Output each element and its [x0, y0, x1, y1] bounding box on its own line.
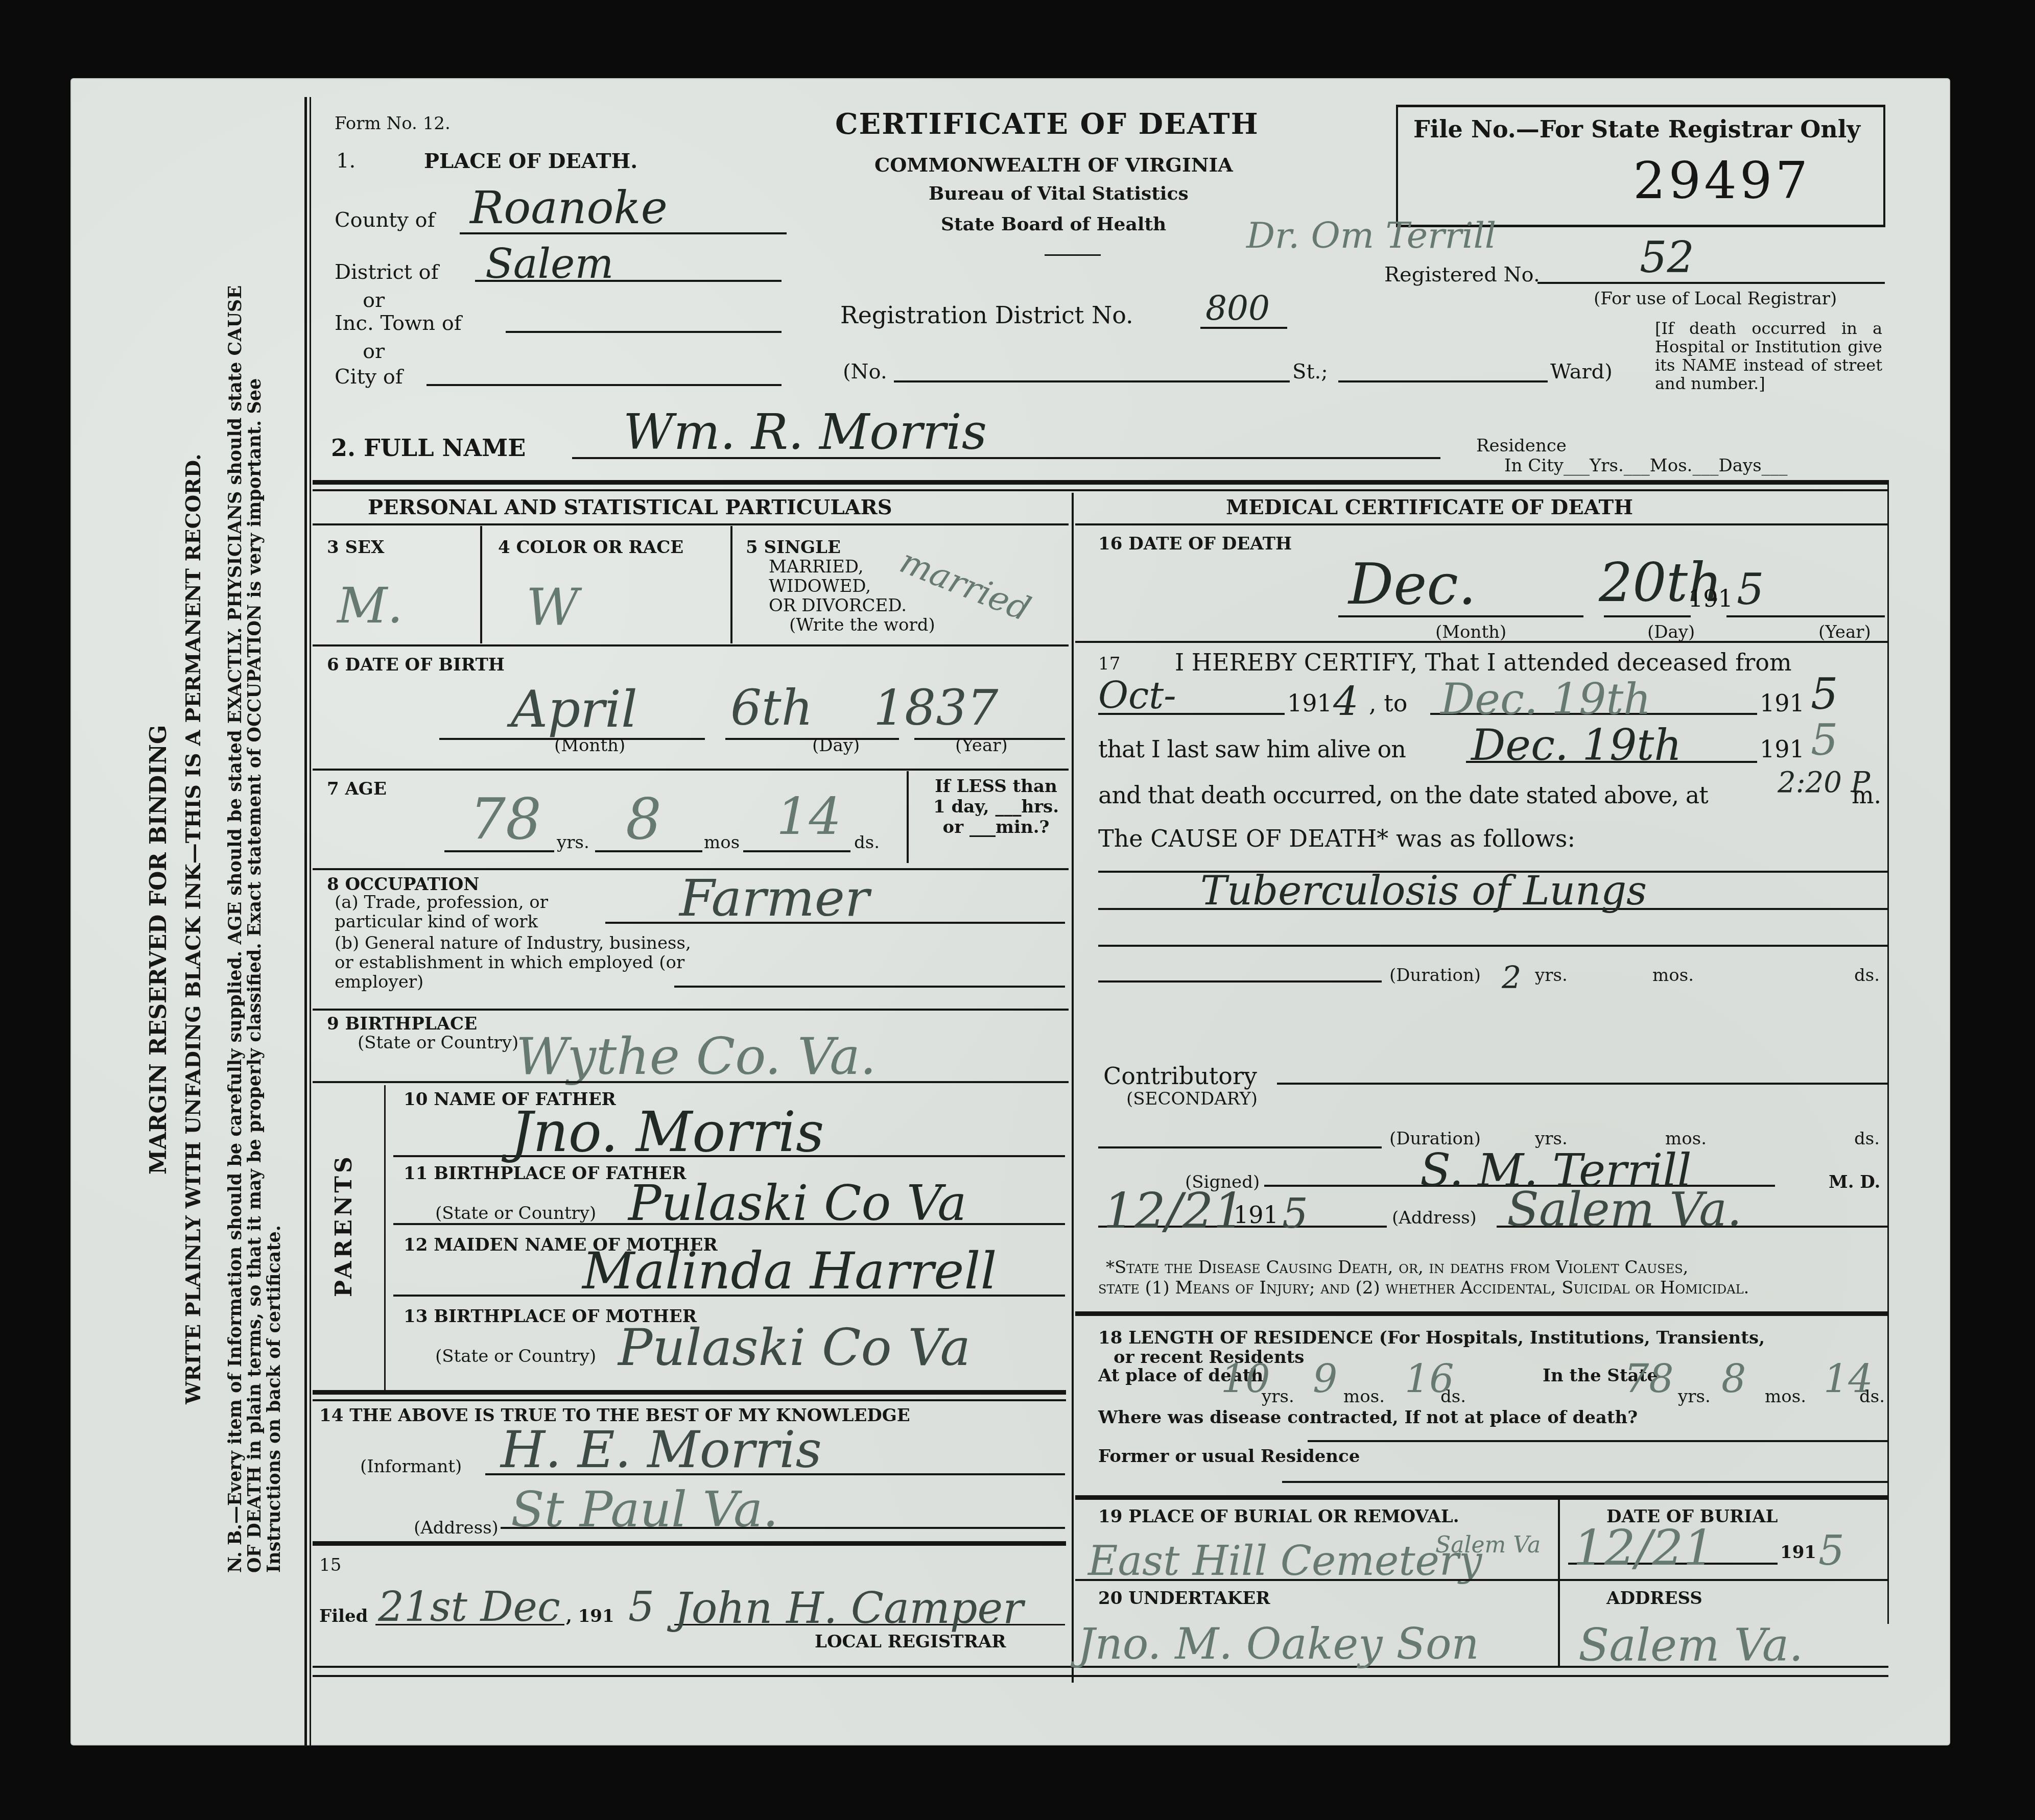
md-label: M. D. [1829, 1172, 1880, 1192]
burial-row-rule [1075, 1579, 1887, 1581]
former-residence-line[interactable] [1282, 1481, 1887, 1483]
section-15-number: 15 [319, 1555, 341, 1575]
certify-number: 17 [1098, 654, 1120, 674]
secondary-duration-ds: ds. [1854, 1129, 1880, 1149]
marital-label-2: MARRIED, [769, 557, 864, 577]
full-name-label: 2. FULL NAME [331, 434, 526, 462]
race-label: 4 COLOR OR RACE [498, 537, 683, 558]
street-no-label: (No. [843, 360, 887, 384]
local-registrar-label: LOCAL REGISTRAR [815, 1632, 1006, 1652]
last-saw-year-prefix: 191 [1760, 735, 1805, 763]
parents-divider [384, 1085, 386, 1392]
duration-years[interactable]: 2 [1502, 960, 1521, 996]
form-number: Form No. 12. [335, 113, 451, 134]
physician-address[interactable]: Salem Va. [1507, 1182, 1742, 1237]
county-label: County of [335, 208, 435, 232]
burial-place-label: 19 PLACE OF BURIAL OR REMOVAL. [1098, 1506, 1459, 1527]
in-state-yrs: yrs. [1678, 1386, 1711, 1407]
informant-address-label: (Address) [414, 1518, 499, 1538]
registered-no-label: Registered No. [1384, 263, 1540, 286]
secondary-label: (SECONDARY) [1126, 1089, 1258, 1109]
duration-ds: ds. [1854, 965, 1880, 986]
in-state-months[interactable]: 8 [1721, 1356, 1746, 1401]
dod-year-prefix: 191 [1688, 585, 1733, 612]
age-ds-suffix: ds. [854, 832, 880, 853]
undertaker-value[interactable]: Jno. M. Oakey Son [1078, 1619, 1479, 1669]
dod-label: 16 DATE OF DEATH [1098, 534, 1292, 554]
duration-prefix-line [1098, 980, 1382, 983]
medical-rule-1 [1075, 641, 1887, 643]
attended-from-year-prefix: 191 [1287, 689, 1332, 717]
registration-district-label: Registration District No. [840, 301, 1133, 329]
registrar-note: Dr. Om Terrill [1246, 214, 1496, 256]
race-marital-divider [730, 526, 732, 643]
column-divider [1072, 493, 1074, 1683]
county-value[interactable]: Roanoke [470, 181, 668, 234]
mother-birthplace-value[interactable]: Pulaski Co Va [618, 1318, 971, 1377]
district-label: District of [335, 260, 438, 284]
at-place-yrs: yrs. [1262, 1386, 1294, 1407]
in-state-mos: mos. [1765, 1386, 1806, 1407]
death-time-suffix: m. [1852, 781, 1881, 809]
undertaker-label: 20 UNDERTAKER [1098, 1588, 1270, 1609]
header-divider-top [313, 480, 1888, 485]
filed-year-suffix[interactable]: 5 [628, 1583, 654, 1631]
burial-column-divider [1558, 1499, 1560, 1667]
header-divider-bottom [313, 489, 1888, 491]
row-rule-1 [313, 644, 1069, 646]
in-state-ds: ds. [1859, 1386, 1885, 1407]
age-yrs-suffix: yrs. [557, 832, 589, 853]
signed-year-suffix[interactable]: 5 [1282, 1190, 1308, 1237]
burial-place-value[interactable]: East Hill Cemetery [1088, 1537, 1482, 1585]
age-days-line [743, 850, 850, 852]
burial-divider [1075, 1495, 1887, 1500]
dod-month[interactable]: Dec. [1348, 552, 1476, 617]
footnote-line-1: *State the Disease Causing Death, or, in… [1106, 1257, 1688, 1278]
registration-district-value[interactable]: 800 [1205, 289, 1270, 328]
contributory-line[interactable] [1277, 1083, 1887, 1085]
dod-year-line [1726, 615, 1885, 617]
duration-mos: mos. [1652, 965, 1694, 986]
informant-label: (Informant) [360, 1456, 462, 1477]
city-line[interactable] [427, 384, 782, 386]
contracted-label: Where was disease contracted, If not at … [1098, 1408, 1466, 1427]
signed-year-prefix: 191 [1234, 1201, 1279, 1229]
residence-label: 18 LENGTH OF RESIDENCE (For Hospitals, I… [1098, 1328, 1765, 1348]
age-years[interactable]: 78 [470, 786, 541, 852]
marital-label-4: OR DIVORCED. [769, 595, 907, 616]
last-saw-year[interactable]: 5 [1811, 715, 1838, 765]
filed-label: Filed [319, 1606, 368, 1626]
filed-day[interactable]: 21st Dec [378, 1583, 560, 1631]
age-label: 7 AGE [327, 779, 387, 799]
mother-name-label: 12 MAIDEN NAME OF MOTHER [404, 1236, 552, 1254]
at-place-mos: mos. [1343, 1386, 1385, 1407]
city-label: City of [335, 365, 403, 389]
personal-heading-rule [313, 523, 1069, 525]
or-2: or [363, 340, 385, 363]
full-name-value[interactable]: Wm. R. Morris [623, 403, 987, 461]
form-left-border-inner [310, 97, 311, 1746]
occupation-b-label: (b) General nature of Industry, business… [335, 933, 713, 992]
margin-nb-line-3: Instructions on back of certificate. [264, 1225, 285, 1573]
margin-nb-line-2: OF DEATH in plain terms, so that it may … [244, 378, 265, 1573]
residence-label: Residence [1476, 436, 1567, 456]
parents-divider-rule-top [313, 1390, 1066, 1395]
row-rule-2 [313, 769, 1069, 771]
occupation-a-label: (a) Trade, profession, or particular kin… [335, 893, 610, 931]
bottom-rule-2 [313, 1675, 1888, 1677]
marital-label-3: WIDOWED, [769, 576, 871, 596]
informant-address[interactable]: St Paul Va. [511, 1481, 778, 1538]
dob-year-caption: (Year) [955, 735, 1008, 756]
mother-name-value[interactable]: Malinda Harrell [582, 1241, 997, 1301]
dob-month-caption: (Month) [554, 735, 625, 756]
cause-label: The CAUSE OF DEATH* was as follows: [1098, 825, 1575, 852]
mother-birthplace-hint: (State or Country) [435, 1346, 596, 1367]
birthplace-hint: (State or Country) [358, 1033, 518, 1053]
father-birthplace-value[interactable]: Pulaski Co Va [628, 1175, 967, 1232]
margin-nb-line-1: N. B.—Every item of Information should b… [225, 285, 246, 1573]
informant-value[interactable]: H. E. Morris [501, 1420, 822, 1479]
occupation-label: 8 OCCUPATION [327, 874, 479, 895]
birthplace-value[interactable]: Wythe Co. Va. [516, 1026, 877, 1086]
district-value[interactable]: Salem [485, 240, 613, 288]
street-st-line[interactable] [1338, 380, 1548, 382]
last-saw-value[interactable]: Dec. 19th [1471, 720, 1682, 770]
dob-label: 6 DATE OF BIRTH [327, 655, 505, 675]
local-registrar-note: (For use of Local Registrar) [1594, 289, 1837, 309]
town-line[interactable] [506, 331, 782, 333]
age-mos-suffix: mos [704, 832, 740, 853]
section-1-number: 1. [336, 149, 356, 173]
form-right-border [1887, 480, 1889, 1624]
at-place-label: At place of death [1098, 1367, 1185, 1385]
burial-year-prefix: 191 [1780, 1542, 1816, 1563]
undertaker-address-label: ADDRESS [1606, 1588, 1702, 1609]
local-registrar-signature[interactable]: John H. Camper [674, 1583, 1023, 1633]
footnote-line-2: state (1) Means of Injury; and (2) wheth… [1098, 1278, 1749, 1298]
form-left-border [304, 97, 307, 1746]
sex-label: 3 SEX [327, 537, 384, 558]
at-place-months[interactable]: 9 [1313, 1356, 1337, 1401]
attended-to-year-prefix: 191 [1760, 689, 1805, 717]
father-name-label: 10 NAME OF FATHER [404, 1090, 506, 1109]
age-months[interactable]: 8 [626, 786, 661, 852]
registered-no-line [1537, 282, 1885, 284]
less-than-day-note: If LESS than 1 day, ___hrs. or ___min.? [927, 776, 1065, 837]
in-state-label: In the State [1543, 1367, 1604, 1385]
sex-race-divider [480, 526, 482, 643]
occupation-b-line[interactable] [674, 986, 1065, 988]
residence-divider [1075, 1311, 1887, 1316]
contracted-line[interactable] [1308, 1440, 1887, 1442]
attended-from[interactable]: Oct- [1098, 674, 1176, 717]
dod-year-suffix[interactable]: 5 [1737, 564, 1764, 614]
dob-month[interactable]: April [511, 679, 637, 739]
undertaker-address-value[interactable]: Salem Va. [1578, 1619, 1803, 1671]
attended-to[interactable]: Dec. 19th [1440, 674, 1651, 724]
cause-line-3 [1098, 945, 1887, 947]
race-value[interactable]: W [526, 577, 579, 637]
board-heading: State Board of Health [941, 213, 1166, 235]
registered-no-value[interactable]: 52 [1640, 232, 1694, 282]
physician-address-label: (Address) [1392, 1208, 1477, 1228]
residence-label-2: or recent Residents [1114, 1347, 1305, 1368]
secondary-duration-line [1098, 1146, 1382, 1148]
father-name-value[interactable]: Jno. Morris [511, 1100, 824, 1164]
age-divider [907, 771, 909, 863]
commonwealth-heading: COMMONWEALTH OF VIRGINIA [874, 153, 1233, 176]
marital-hint: (Write the word) [789, 615, 935, 635]
burial-date-value[interactable]: 12/21 [1573, 1519, 1715, 1576]
parents-divider-rule-bottom [313, 1399, 1066, 1401]
informant-divider [313, 1541, 1066, 1546]
row-rule-4 [313, 1009, 1069, 1011]
dob-day-caption: (Day) [812, 735, 860, 756]
dod-day-line [1604, 615, 1691, 617]
place-of-death-label: PLACE OF DEATH. [424, 149, 637, 173]
dob-year[interactable]: 1837 [873, 679, 998, 736]
or-1: or [363, 289, 385, 312]
margin-binding-text: MARGIN RESERVED FOR BINDING [146, 725, 172, 1175]
burial-place-city[interactable]: Salem Va [1435, 1532, 1541, 1558]
in-state-years[interactable]: 78 [1624, 1356, 1674, 1401]
header-rule [1045, 254, 1101, 256]
cause-value[interactable]: Tuberculosis of Lungs [1200, 868, 1647, 914]
at-place-ds: ds. [1440, 1386, 1466, 1407]
birthplace-label: 9 BIRTHPLACE [327, 1014, 477, 1034]
attended-from-year[interactable]: 4 [1333, 679, 1359, 725]
town-label: Inc. Town of [335, 312, 462, 335]
margin-ink-text: WRITE PLAINLY WITH UNFADING BLACK INK—TH… [181, 453, 205, 1404]
death-time-text: and that death occurred, on the date sta… [1098, 781, 1708, 809]
age-days[interactable]: 14 [776, 786, 841, 846]
medical-heading-rule [1075, 523, 1887, 525]
certificate-title: CERTIFICATE OF DEATH [835, 107, 1259, 141]
file-number-box: File No.—For State Registrar Only 29497 [1396, 105, 1885, 227]
street-no-line[interactable] [894, 380, 1290, 382]
signed-date[interactable]: 12/21 [1103, 1182, 1245, 1239]
parents-label: PARENTS [331, 1154, 357, 1297]
mother-birthplace-label: 13 BIRTHPLACE OF MOTHER [404, 1307, 547, 1326]
bureau-heading: Bureau of Vital Statistics [929, 183, 1189, 204]
occupation-value[interactable]: Farmer [679, 868, 869, 928]
contributory-label: Contributory [1103, 1062, 1257, 1090]
marital-label-1: 5 SINGLE [746, 537, 841, 558]
duration-yrs: yrs. [1535, 965, 1568, 986]
father-birthplace-label: 11 BIRTHPLACE OF FATHER [404, 1164, 547, 1183]
street-ward-label: Ward) [1550, 360, 1613, 384]
dod-month-caption: (Month) [1435, 622, 1506, 642]
certify-text: I HEREBY CERTIFY, That I attended deceas… [1175, 649, 1792, 676]
row-rule-5 [313, 1081, 1069, 1083]
hospital-note: [If death occurred in a Hospital or Inst… [1655, 319, 1882, 393]
sex-value[interactable]: M. [337, 577, 403, 634]
dod-year-caption: (Year) [1818, 622, 1871, 642]
attended-to-year[interactable]: 5 [1811, 669, 1838, 719]
dod-day-caption: (Day) [1647, 622, 1695, 642]
last-saw-text: that I last saw him alive on [1098, 735, 1406, 763]
dob-day[interactable]: 6th [730, 679, 813, 736]
street-st-label: St.; [1292, 360, 1328, 384]
duration-label: (Duration) [1389, 965, 1481, 986]
burial-year-suffix[interactable]: 5 [1818, 1527, 1844, 1574]
filed-year-prefix: , 191 [566, 1606, 614, 1626]
file-number: 29497 [1633, 151, 1811, 210]
residence-in-city: In City___Yrs.___Mos.___Days___ [1504, 456, 1788, 476]
personal-heading: PERSONAL AND STATISTICAL PARTICULARS [368, 495, 892, 519]
father-birthplace-hint: (State or Country) [435, 1203, 596, 1224]
medical-heading: MEDICAL CERTIFICATE OF DEATH [1226, 495, 1633, 519]
former-residence-label: Former or usual Residence [1098, 1447, 1241, 1466]
attended-to-word: , to [1369, 689, 1407, 717]
file-number-label: File No.—For State Registrar Only [1413, 115, 1860, 143]
